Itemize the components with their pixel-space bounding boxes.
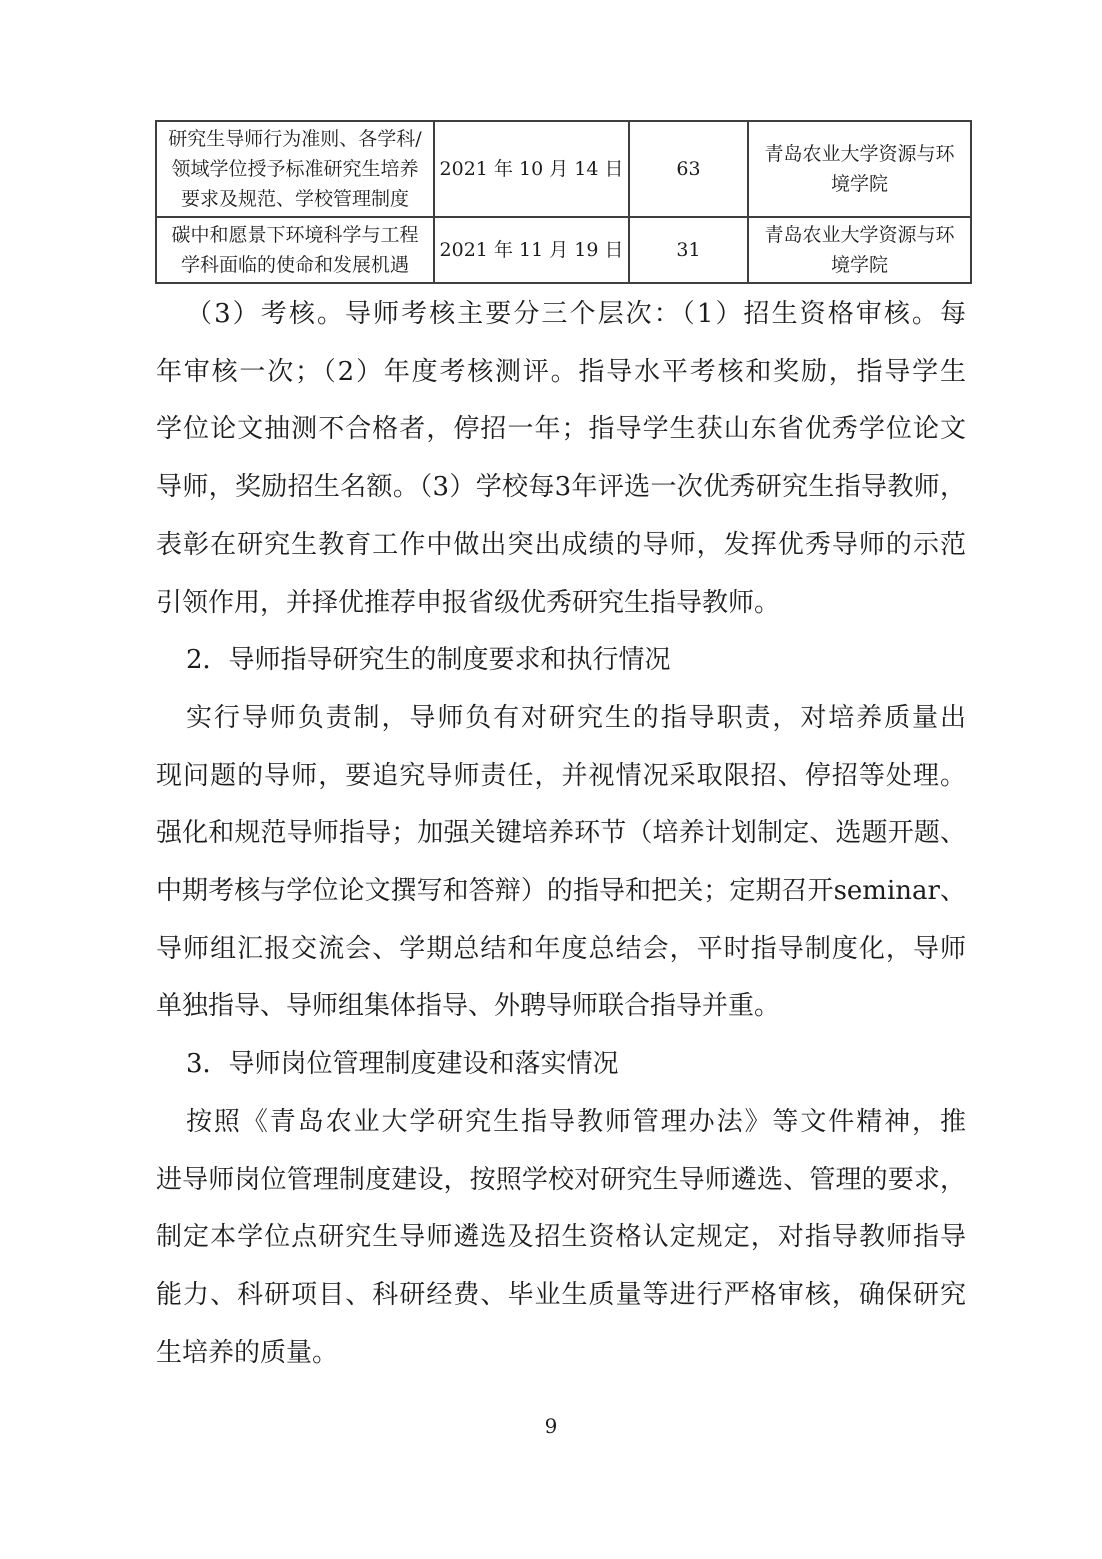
- activity-date-cell: 2021 年 11 月 19 日: [434, 217, 629, 283]
- body-line: 学位论文抽测不合格者，停招一年；指导学生获山东省优秀学位论文: [156, 401, 966, 459]
- activity-org-cell: 青岛农业大学资源与环境学院: [748, 121, 971, 217]
- table-row: 研究生导师行为准则、各学科/领域学位授予标准研究生培养要求及规范、学校管理制度 …: [156, 121, 971, 217]
- document-page: 研究生导师行为准则、各学科/领域学位授予标准研究生培养要求及规范、学校管理制度 …: [0, 0, 1102, 1559]
- activity-title-cell: 碳中和愿景下环境科学与工程学科面临的使命和发展机遇: [156, 217, 434, 283]
- body-line: 按照《青岛农业大学研究生指导教师管理办法》等文件精神，推: [156, 1094, 966, 1152]
- body-text: （3）考核。导师考核主要分三个层次：（1）招生资格审核。每年审核一次；（2）年度…: [156, 286, 966, 1382]
- body-line: 表彰在研究生教育工作中做出突出成绩的导师，发挥优秀导师的示范: [156, 517, 966, 575]
- body-line: 导师，奖励招生名额。（3）学校每3年评选一次优秀研究生指导教师，: [156, 459, 966, 517]
- body-line: 导师组汇报交流会、学期总结和年度总结会，平时指导制度化，导师: [156, 921, 966, 979]
- body-line: 引领作用，并择优推荐申报省级优秀研究生指导教师。: [156, 575, 966, 633]
- page-number: 9: [0, 1414, 1102, 1438]
- activity-count-cell: 63: [629, 121, 748, 217]
- body-line: 年审核一次；（2）年度考核测评。指导水平考核和奖励，指导学生: [156, 344, 966, 402]
- body-line: 能力、科研项目、科研经费、毕业生质量等进行严格审核，确保研究: [156, 1267, 966, 1325]
- body-line: 生培养的质量。: [156, 1325, 966, 1383]
- training-activities-table: 研究生导师行为准则、各学科/领域学位授予标准研究生培养要求及规范、学校管理制度 …: [155, 120, 972, 284]
- body-line: 制定本学位点研究生导师遴选及招生资格认定规定，对指导教师指导: [156, 1209, 966, 1267]
- activity-org-cell: 青岛农业大学资源与环境学院: [748, 217, 971, 283]
- body-line: 单独指导、导师组集体指导、外聘导师联合指导并重。: [156, 978, 966, 1036]
- activity-title-cell: 研究生导师行为准则、各学科/领域学位授予标准研究生培养要求及规范、学校管理制度: [156, 121, 434, 217]
- activity-date-cell: 2021 年 10 月 14 日: [434, 121, 629, 217]
- body-line: 进导师岗位管理制度建设，按照学校对研究生导师遴选、管理的要求，: [156, 1152, 966, 1210]
- activity-count-cell: 31: [629, 217, 748, 283]
- body-line: 实行导师负责制，导师负有对研究生的指导职责，对培养质量出: [156, 690, 966, 748]
- body-line: 强化和规范导师指导；加强关键培养环节（培养计划制定、选题开题、: [156, 805, 966, 863]
- section-heading: 2．导师指导研究生的制度要求和执行情况: [156, 632, 966, 690]
- table-row: 碳中和愿景下环境科学与工程学科面临的使命和发展机遇 2021 年 11 月 19…: [156, 217, 971, 283]
- body-line: 现问题的导师，要追究导师责任，并视情况采取限招、停招等处理。: [156, 748, 966, 806]
- section-heading: 3．导师岗位管理制度建设和落实情况: [156, 1036, 966, 1094]
- body-line: （3）考核。导师考核主要分三个层次：（1）招生资格审核。每: [156, 286, 966, 344]
- body-line: 中期考核与学位论文撰写和答辩）的指导和把关；定期召开seminar、: [156, 863, 966, 921]
